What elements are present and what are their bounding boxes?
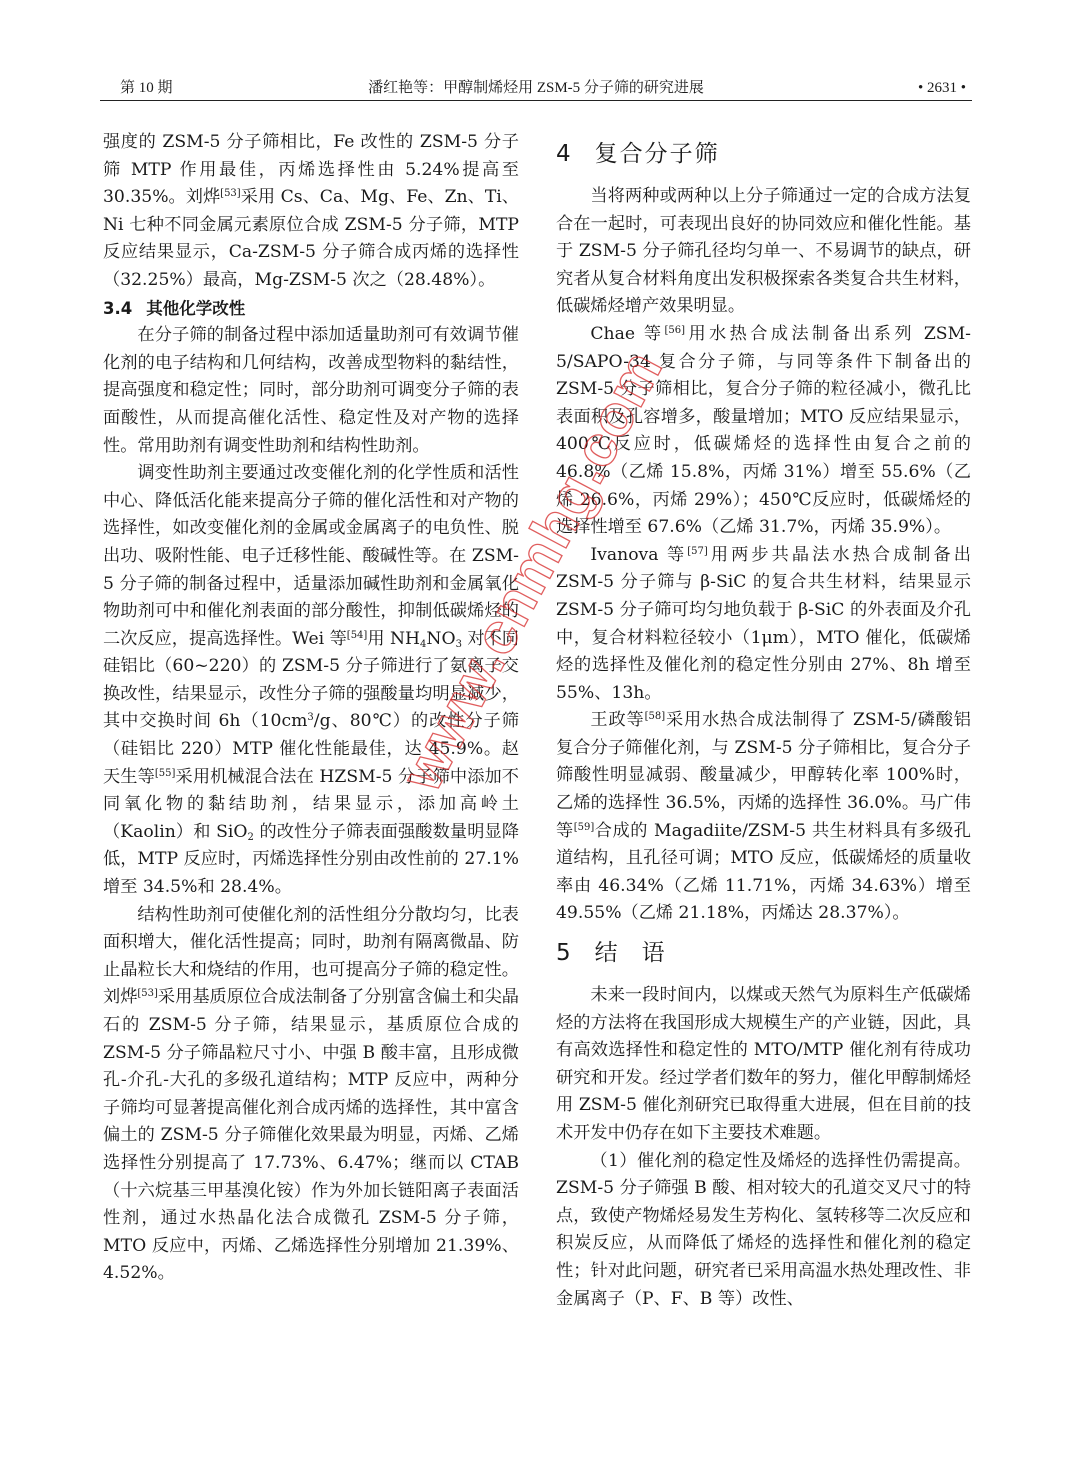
page-number: • 2631 • bbox=[918, 78, 966, 98]
citation: [54] bbox=[347, 630, 368, 641]
paragraph-wang-ma: 王政等[58]采用水热合成法制得了 ZSM-5/磷酸铝复合分子筛催化剂，与 ZS… bbox=[556, 707, 971, 928]
paragraph-conclusion: 未来一段时间内，以煤或天然气为原料生产低碳烯烃的方法将在我国形成大规模生产的产业… bbox=[556, 982, 971, 1148]
paragraph-structural-additives: 结构性助剂可使催化剂的活性组分分散均匀，比表面积增大，催化活性提高；同时，助剂有… bbox=[103, 902, 519, 1288]
paragraph-problem-1: （1）催化剂的稳定性及烯烃的选择性仍需提高。ZSM-5 分子筛强 B 酸、相对较… bbox=[556, 1148, 971, 1314]
paragraph-ivanova: Ivanova 等[57]用两步共晶法水热合成制备出 ZSM-5 分子筛与 β-… bbox=[556, 542, 971, 708]
citation: [56] bbox=[665, 325, 686, 336]
paragraph-metal-modification-cont: 强度的 ZSM-5 分子筛相比，Fe 改性的 ZSM-5 分子筛 MTP 作用最… bbox=[103, 129, 519, 295]
paragraph-chae: Chae 等[56]用水热合成法制备出系列 ZSM-5/SAPO-34 复合分子… bbox=[556, 321, 971, 542]
section-heading-5: 5结语 bbox=[556, 938, 971, 968]
citation: [57] bbox=[687, 546, 708, 557]
citation: [55] bbox=[155, 768, 176, 779]
section-heading-3-4: 3.4其他化学改性 bbox=[103, 295, 519, 323]
paragraph-composite-intro: 当将两种或两种以上分子筛通过一定的合成方法复合在一起时，可表现出良好的协同效应和… bbox=[556, 183, 971, 321]
citation: [59] bbox=[574, 822, 595, 833]
section-heading-4: 4复合分子筛 bbox=[556, 139, 971, 169]
right-column: 4复合分子筛 当将两种或两种以上分子筛通过一定的合成方法复合在一起时，可表现出良… bbox=[556, 129, 971, 1313]
citation: [53] bbox=[220, 188, 241, 199]
paragraph-modifying-additives: 调变性助剂主要通过改变催化剂的化学性质和活性中心、降低活化能来提高分子筛的催化活… bbox=[103, 460, 519, 902]
citation: [58] bbox=[645, 711, 666, 722]
left-column: 强度的 ZSM-5 分子筛相比，Fe 改性的 ZSM-5 分子筛 MTP 作用最… bbox=[103, 129, 519, 1288]
paragraph-additives-intro: 在分子筛的制备过程中添加适量助剂可有效调节催化剂的电子结构和几何结构，改善成型物… bbox=[103, 322, 519, 460]
running-title: 潘红艳等：甲醇制烯烃用 ZSM-5 分子筛的研究进展 bbox=[100, 78, 972, 98]
citation: [53] bbox=[137, 988, 158, 999]
running-header: 第 10 期 潘红艳等：甲醇制烯烃用 ZSM-5 分子筛的研究进展 • 2631… bbox=[100, 76, 972, 101]
